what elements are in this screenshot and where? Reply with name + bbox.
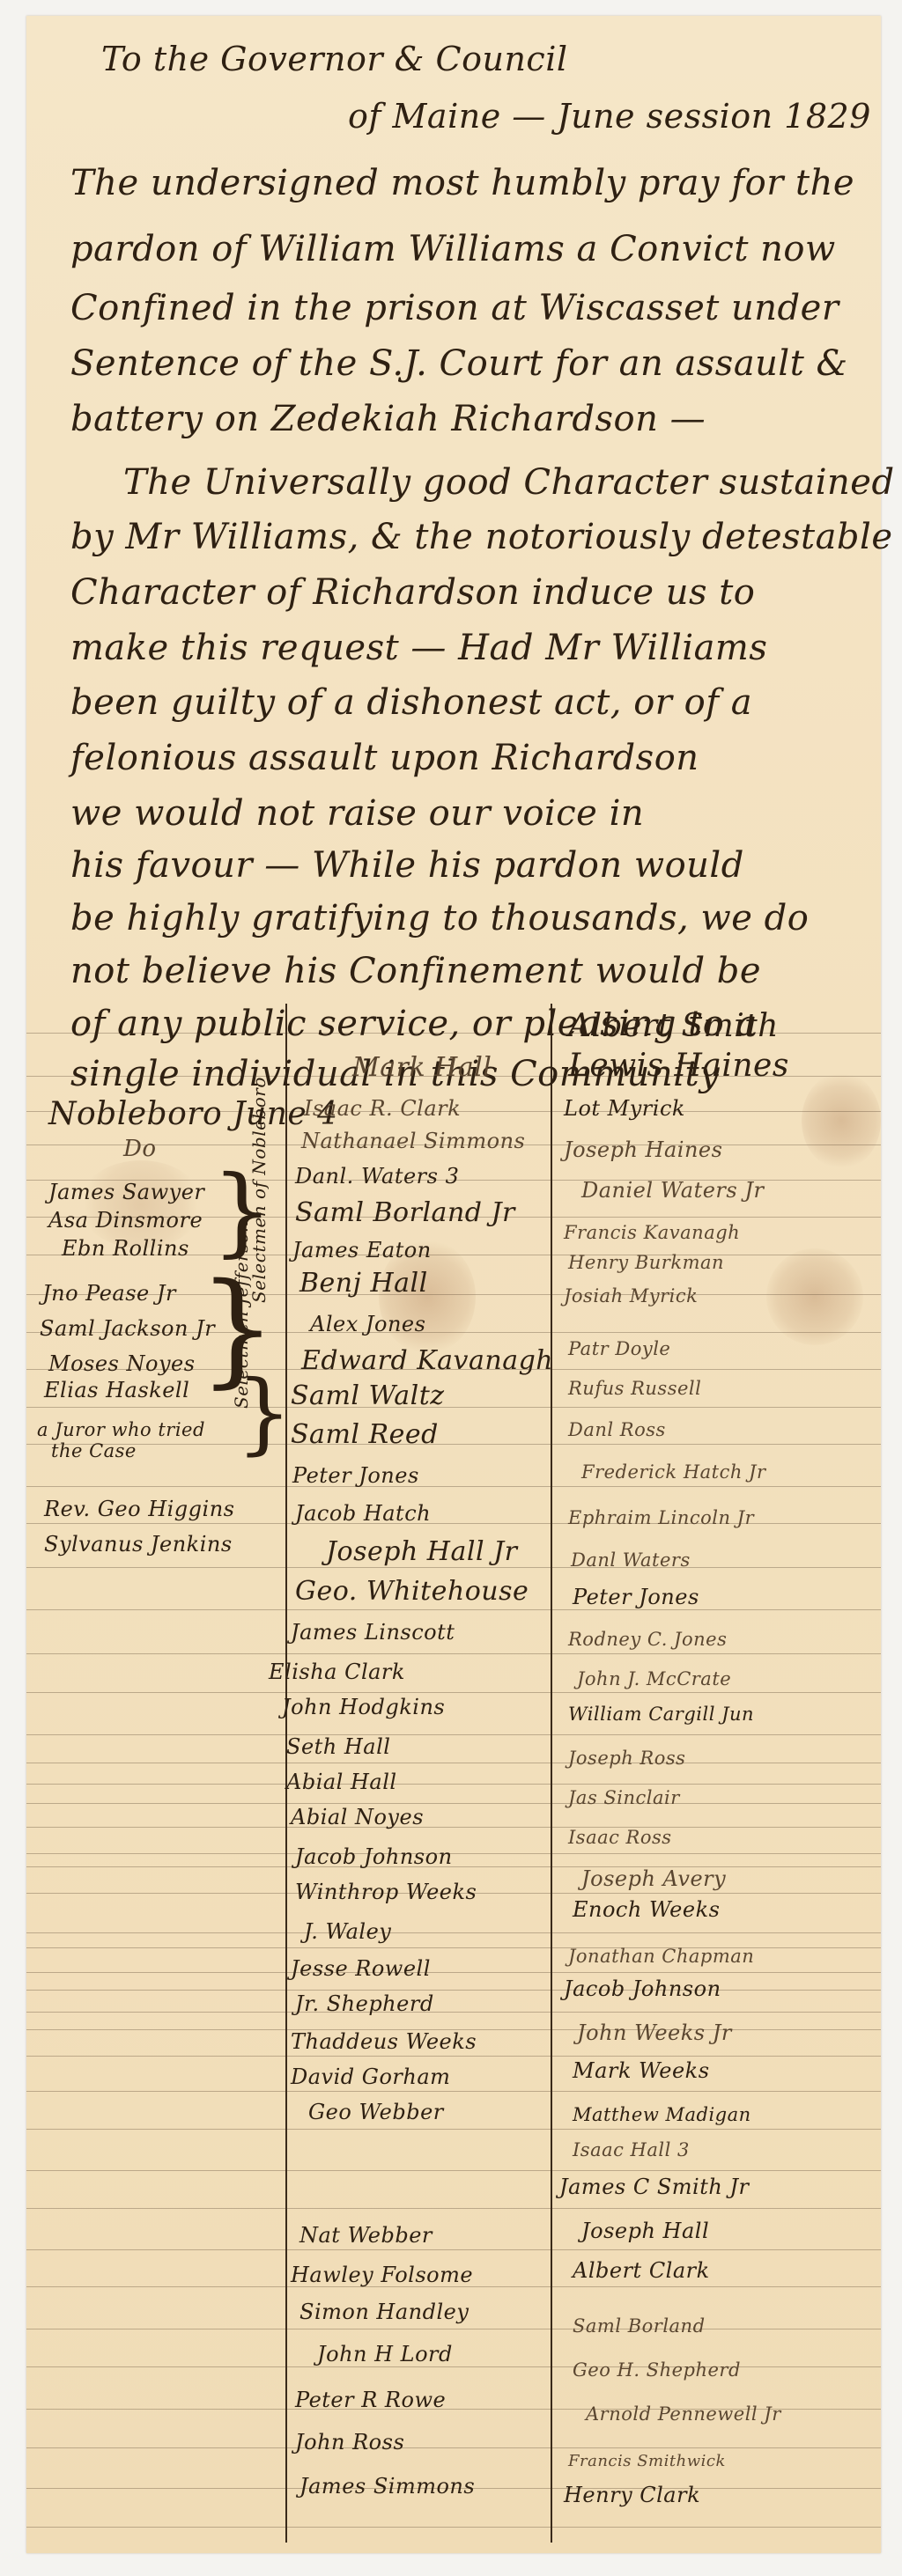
- signature: Nat Webber: [299, 2223, 433, 2248]
- signature: J. Waley: [304, 1919, 391, 1944]
- water-stain: [766, 1248, 863, 1345]
- signature: John Ross: [295, 2430, 404, 2455]
- signature: Seth Hall: [286, 1734, 390, 1759]
- signature: Peter R Rowe: [295, 2388, 446, 2412]
- signature: Isaac R. Clark: [304, 1096, 461, 1121]
- signature: Lewis Haines: [568, 1048, 789, 1084]
- signature: John J. McCrate: [577, 1668, 731, 1689]
- body-line: Sentence of the S.J. Court for an assaul…: [70, 339, 848, 388]
- signature: John Weeks Jr: [577, 2020, 732, 2045]
- body-line: by Mr Williams, & the notoriously detest…: [70, 512, 893, 562]
- signature: Saml Borland: [573, 2315, 706, 2337]
- signature: Simon Handley: [299, 2300, 469, 2324]
- signature: Saml Waltz: [291, 1380, 445, 1411]
- location-date-header: Nobleboro June 4: [48, 1096, 338, 1132]
- signature: James Sawyer: [48, 1180, 204, 1204]
- signature: Danl Waters: [571, 1549, 691, 1571]
- body-line: make this request — Had Mr Williams: [70, 623, 767, 673]
- signature: Mark Weeks: [573, 2058, 710, 2083]
- signature: Jr. Shepherd: [295, 1991, 434, 2016]
- signature: Joseph Hall Jr: [326, 1536, 517, 1567]
- signature: Peter Jones: [573, 1585, 699, 1609]
- signature: Frederick Hatch Jr: [581, 1461, 766, 1483]
- signature: Benj Hall: [299, 1268, 428, 1299]
- signature-note: the Case: [51, 1440, 137, 1461]
- ditto-mark: Do: [123, 1136, 157, 1162]
- signature: Matthew Madigan: [573, 2104, 751, 2125]
- signature: Daniel Waters Jr: [581, 1178, 764, 1203]
- signature: Abial Noyes: [291, 1805, 424, 1829]
- signature: Jacob Hatch: [295, 1501, 431, 1526]
- signature: Jonathan Chapman: [568, 1946, 754, 1967]
- signature: Asa Dinsmore: [48, 1208, 203, 1233]
- signature: Elisha Clark: [269, 1660, 405, 1684]
- water-stain: [802, 1072, 881, 1169]
- signature: Winthrop Weeks: [295, 1880, 477, 1904]
- signature: David Gorham: [291, 2064, 450, 2089]
- column-divider-right: [551, 1004, 552, 2543]
- body-line: been guilty of a dishonest act, or of a: [70, 678, 752, 727]
- signature: Jacob Johnson: [295, 1844, 453, 1869]
- signature: James C Smith Jr: [559, 2175, 750, 2199]
- signature: Jacob Johnson: [564, 1976, 721, 2001]
- address-line-1: To the Governor & Council: [101, 40, 568, 78]
- signature: Patr Doyle: [568, 1338, 670, 1359]
- signature: Albert Smith: [568, 1008, 779, 1044]
- signature: Geo. Whitehouse: [295, 1576, 529, 1607]
- signature: Enoch Weeks: [573, 1897, 720, 1922]
- signature: Jno Pease Jr: [42, 1281, 176, 1306]
- signature: Arnold Pennewell Jr: [586, 2403, 781, 2425]
- signature: Henry Burkman: [568, 1252, 724, 1273]
- signature: James Eaton: [292, 1238, 432, 1262]
- signature: John Hodgkins: [282, 1695, 445, 1719]
- body-line: we would not raise our voice in: [70, 789, 644, 838]
- address-line-2: of Maine — June session 1829: [348, 97, 871, 136]
- signature: Elias Haskell: [44, 1378, 189, 1402]
- signature: Saml Jackson Jr: [40, 1316, 215, 1341]
- signature: Joseph Hall: [581, 2219, 709, 2243]
- signature-note: a Juror who tried: [37, 1419, 205, 1440]
- body-line: pardon of William Williams a Convict now: [70, 224, 836, 274]
- signature: Peter Jones: [292, 1463, 419, 1488]
- signature: James Simmons: [299, 2474, 475, 2499]
- signature: Josiah Myrick: [564, 1285, 698, 1306]
- signature: Alex Jones: [310, 1312, 425, 1336]
- body-line: battery on Zedekiah Richardson —: [70, 394, 706, 444]
- signature: Jesse Rowell: [291, 1956, 431, 1981]
- signature: Joseph Avery: [581, 1866, 726, 1891]
- signature: Albert Clark: [573, 2258, 710, 2283]
- signature: Jas Sinclair: [568, 1787, 680, 1808]
- body-line: be highly gratifying to thousands, we do: [70, 894, 809, 943]
- signature: Saml Reed: [291, 1419, 439, 1450]
- signature: Abial Hall: [286, 1770, 397, 1794]
- signature: Thaddeus Weeks: [291, 2029, 477, 2054]
- signature: Mark Hall: [352, 1052, 492, 1083]
- signature: Ebn Rollins: [62, 1236, 189, 1261]
- signature: Ephraim Lincoln Jr: [568, 1507, 754, 1528]
- signature: William Cargill Jun: [568, 1704, 754, 1725]
- signature: Francis Kavanagh: [564, 1222, 740, 1243]
- body-line: his favour — While his pardon would: [70, 841, 744, 890]
- signature: Joseph Ross: [568, 1748, 685, 1769]
- signature: Geo Webber: [308, 2100, 444, 2124]
- signature: Geo H. Shepherd: [573, 2359, 741, 2381]
- signature: Hawley Folsome: [291, 2263, 473, 2287]
- signature: Saml Borland Jr: [295, 1197, 515, 1228]
- signature: Isaac Hall 3: [573, 2139, 690, 2160]
- body-line: Confined in the prison at Wiscasset unde…: [70, 283, 839, 333]
- signature: Henry Clark: [564, 2483, 700, 2507]
- signature: Moses Noyes: [48, 1351, 196, 1376]
- signature: Edward Kavanagh: [301, 1345, 553, 1376]
- signature: Francis Smithwick: [568, 2452, 726, 2470]
- signature: Danl. Waters 3: [295, 1164, 459, 1189]
- signature: Danl Ross: [568, 1419, 666, 1440]
- signature: Rufus Russell: [568, 1378, 701, 1399]
- signature: Nathanael Simmons: [301, 1129, 525, 1153]
- signature: James Linscott: [291, 1620, 455, 1645]
- body-line: felonious assault upon Richardson: [70, 733, 699, 783]
- water-stain: [79, 1160, 203, 1248]
- signature: Rodney C. Jones: [568, 1629, 727, 1650]
- signature: Joseph Haines: [564, 1137, 722, 1162]
- signature: John H Lord: [317, 2342, 453, 2366]
- body-line: The Universally good Character sustained: [123, 458, 895, 507]
- signature: Rev. Geo Higgins: [44, 1497, 234, 1521]
- body-line: not believe his Confinement would be: [70, 946, 761, 996]
- body-line: The undersigned most humbly pray for the: [70, 158, 854, 208]
- bracket: }: [236, 1369, 292, 1457]
- signature: Lot Myrick: [564, 1096, 685, 1121]
- signature: Sylvanus Jenkins: [44, 1532, 233, 1557]
- signature: Isaac Ross: [568, 1827, 672, 1848]
- body-line: Character of Richardson induce us to: [70, 568, 755, 617]
